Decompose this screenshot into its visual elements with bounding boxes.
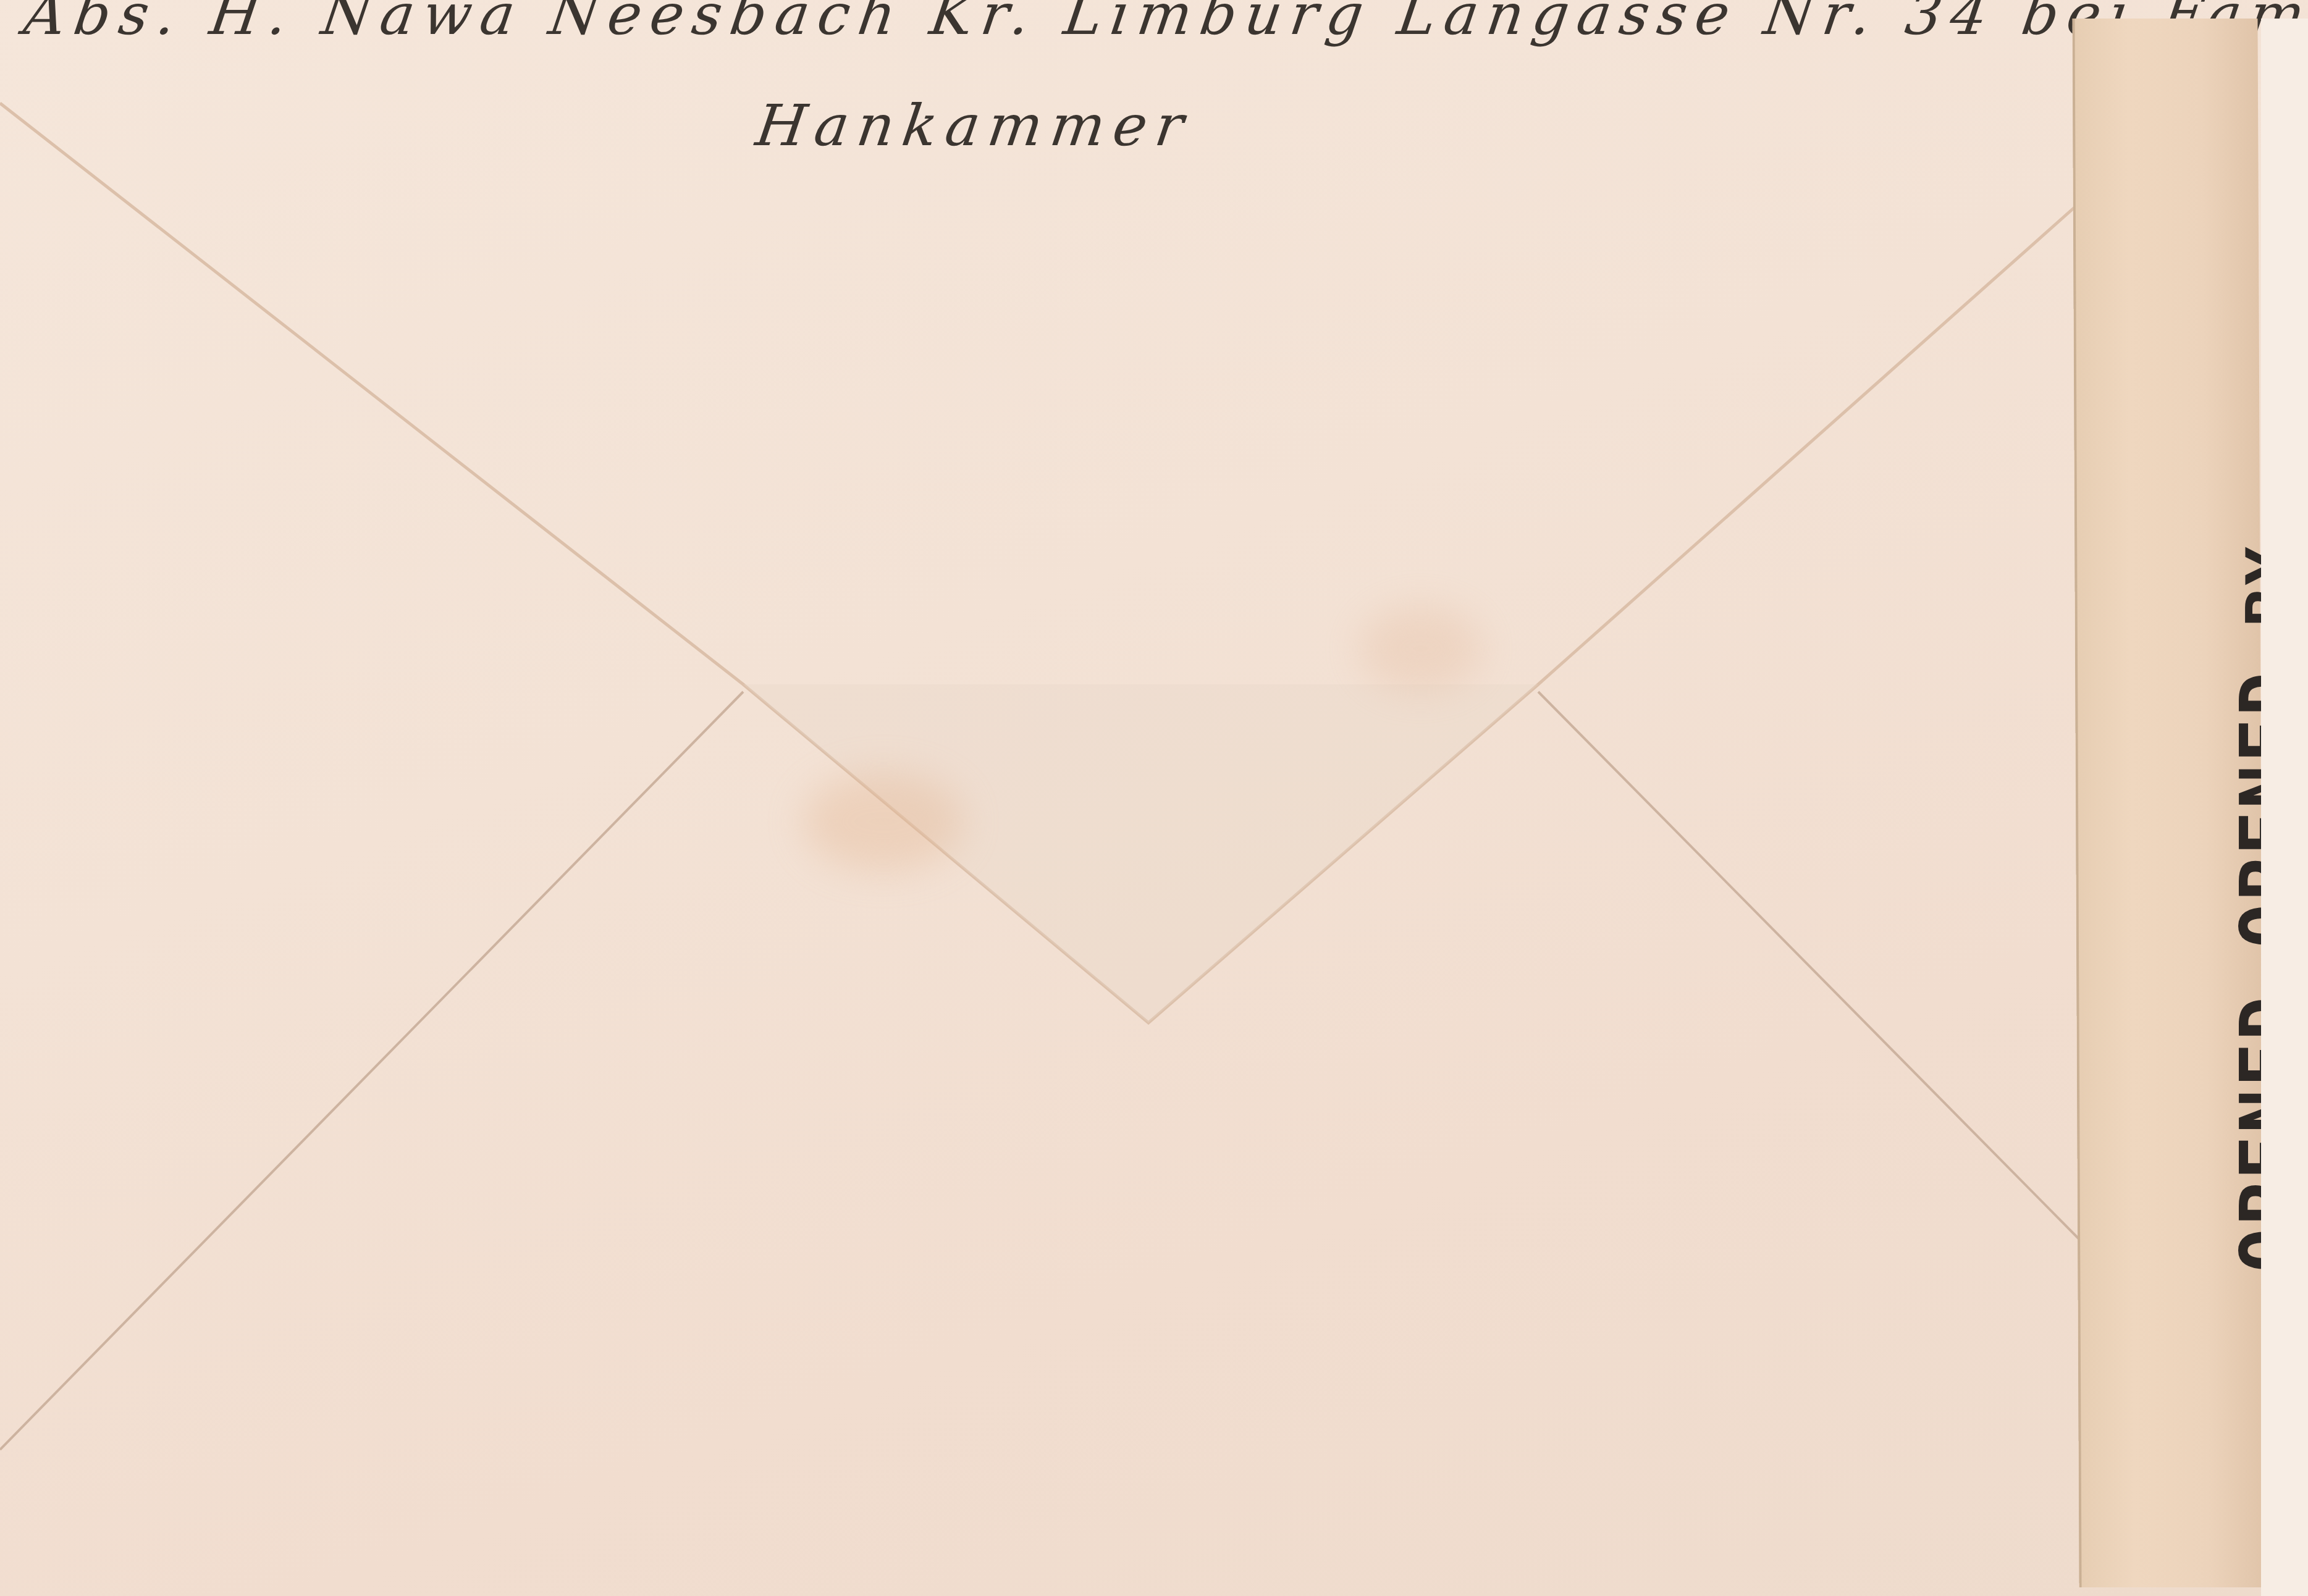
envelope-back: Abs. H. Nawa Neesbach Kr. Limburg Langas…: [0, 0, 2308, 1596]
envelope-right-edge: [2261, 19, 2308, 1596]
sender-address-line-1: Abs. H. Nawa Neesbach Kr. Limburg Langas…: [20, 0, 2308, 48]
stain: [1359, 605, 1483, 692]
stain: [803, 772, 964, 871]
sender-address-line-2: Hankammer: [752, 93, 1196, 159]
envelope-flap-folds: [0, 0, 2308, 1596]
